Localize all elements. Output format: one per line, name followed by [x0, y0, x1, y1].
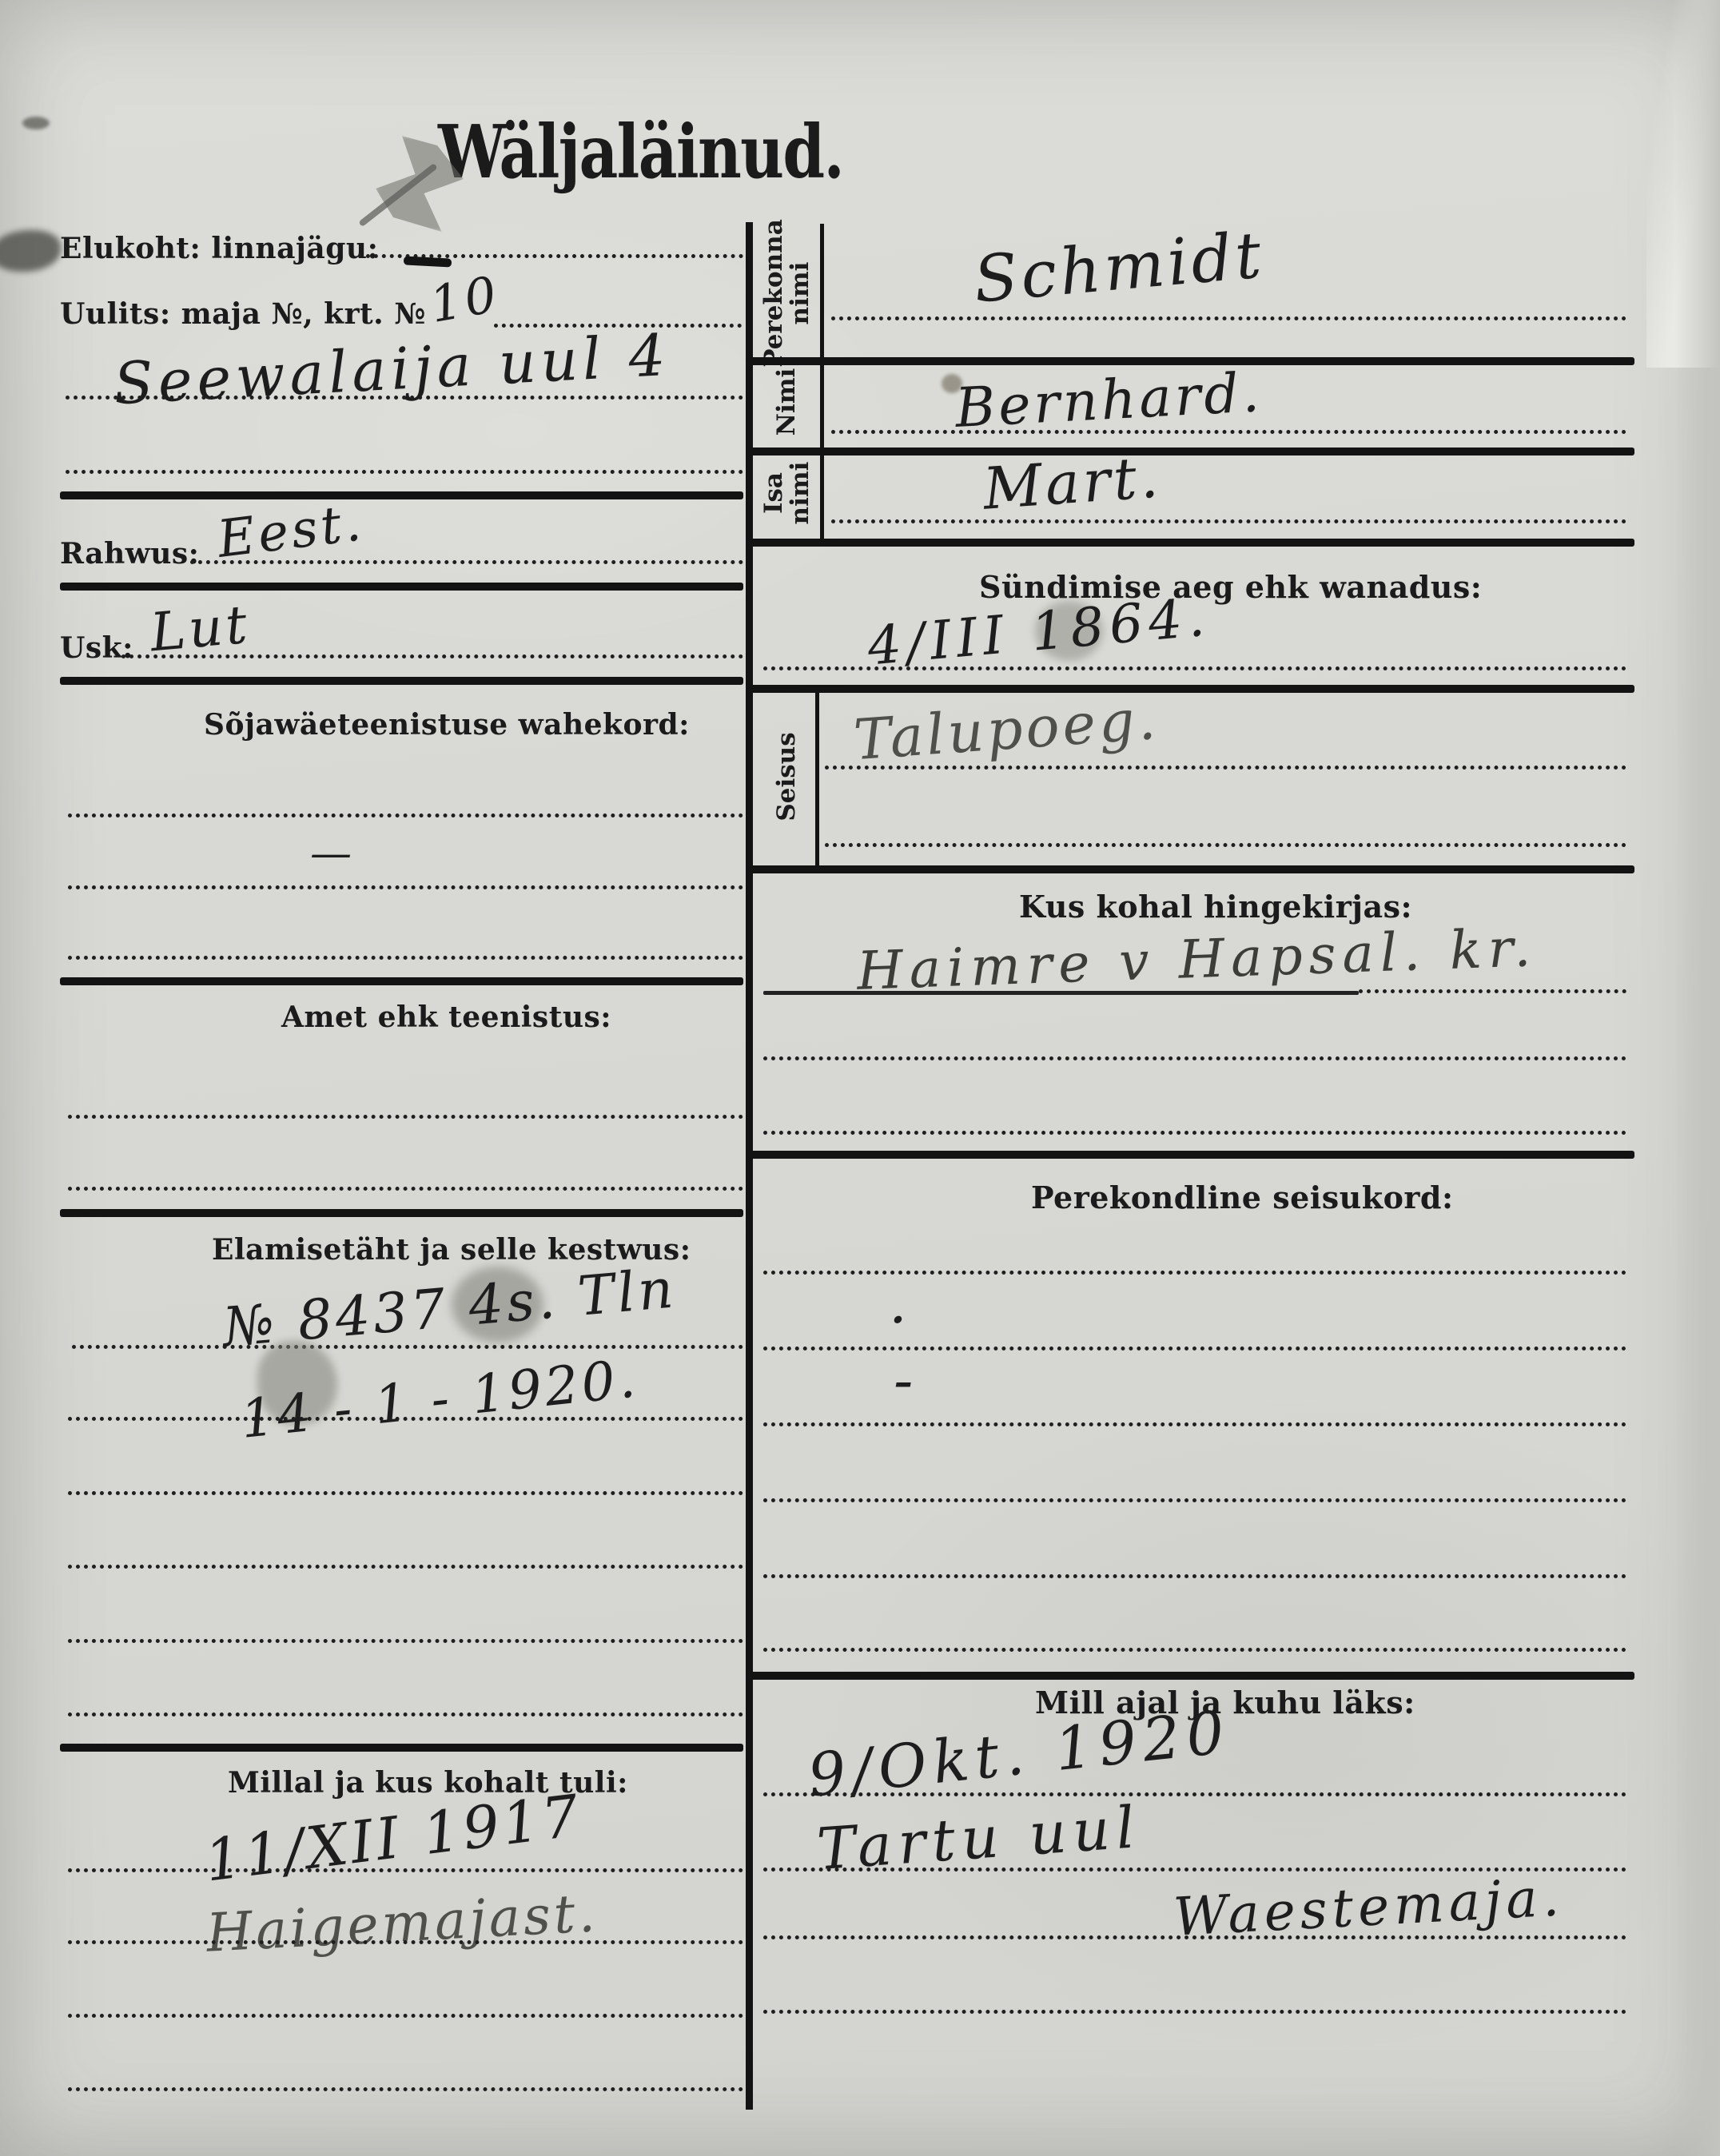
permit-entry-line2: 14 - 1 - 1920. — [237, 1347, 641, 1450]
dotted-line — [66, 470, 743, 474]
arrival-place-entry: Haigemajast. — [205, 1882, 599, 1964]
dotted-line — [68, 813, 743, 817]
dotted-line — [763, 1131, 1626, 1135]
nationality-label: Rahwus: — [60, 537, 199, 571]
dotted-line — [68, 956, 743, 960]
dotted-line — [763, 2010, 1626, 2014]
dotted-line — [68, 1187, 743, 1191]
rule-line — [746, 539, 1634, 547]
ink-blot-left-edge — [0, 230, 61, 272]
label-column-border — [815, 691, 819, 865]
scanned-form-page: Wäljaläinud. Elukoht: linnajägu: Uulits:… — [0, 0, 1720, 2156]
column-divider — [746, 222, 753, 2110]
dotted-line — [190, 560, 743, 564]
dotted-line — [825, 843, 1626, 847]
social-status-entry: Talupoeg. — [852, 686, 1161, 773]
rule-line — [60, 1744, 743, 1752]
street-entry: Seewalaija uul 4 — [112, 321, 671, 417]
dotted-line — [831, 430, 1626, 434]
dotted-line — [68, 1712, 743, 1716]
rule-line — [60, 583, 743, 591]
dotted-line — [831, 519, 1626, 523]
dotted-line — [68, 2014, 743, 2018]
dotted-line — [763, 1935, 1626, 1939]
dotted-line — [121, 654, 743, 658]
dotted-line — [68, 1639, 743, 1643]
first-name-entry: Bernhard. — [954, 361, 1264, 440]
dotted-line — [68, 2087, 743, 2091]
family-status-mark-dash: - — [894, 1347, 916, 1414]
dotted-line — [831, 316, 1626, 320]
dotted-line — [68, 1417, 743, 1421]
dotted-line — [68, 1868, 743, 1872]
rule-line — [746, 865, 1634, 873]
rule-line — [746, 1672, 1634, 1680]
dotted-line — [72, 1345, 743, 1349]
apartment-number-entry: 10 — [425, 265, 504, 334]
dotted-line — [66, 396, 743, 400]
rule-line — [746, 357, 1634, 365]
dotted-line — [68, 1491, 743, 1495]
surname-entry: Schmidt — [971, 217, 1268, 316]
surname-label: Perekonna nimi — [751, 221, 823, 365]
family-status-label: Perekondline seisukord: — [1031, 1179, 1454, 1215]
rule-line — [60, 977, 743, 985]
dotted-line — [68, 1940, 743, 1944]
dotted-line — [763, 666, 1626, 670]
dotted-line — [1359, 989, 1626, 993]
speck-top-left — [22, 117, 50, 129]
pencil-stroke — [358, 163, 437, 227]
rule-line — [746, 1151, 1634, 1159]
rule-line — [746, 685, 1634, 693]
rule-line — [60, 1209, 743, 1217]
dotted-line — [763, 1422, 1626, 1426]
solid-underline — [763, 991, 1359, 995]
dotted-line — [68, 1565, 743, 1569]
father-name-label: Isa nimi — [759, 429, 815, 557]
rule-line — [746, 448, 1634, 455]
military-entry: — — [310, 829, 355, 877]
right-edge-shade — [1675, 0, 1720, 2156]
social-status-label: Seisus — [763, 713, 811, 841]
military-service-label: Sõjawäeteenistuse wahekord: — [204, 708, 690, 742]
dotted-line — [68, 885, 743, 889]
religion-label: Usk: — [60, 631, 133, 665]
form-title: Wäljaläinud. — [438, 109, 843, 195]
dotted-line — [825, 766, 1626, 770]
family-status-mark-dot: . — [889, 1269, 910, 1336]
parish-register-label: Kus kohal hingekirjas: — [1019, 889, 1412, 925]
dotted-line — [68, 1115, 743, 1119]
dotted-line — [763, 1498, 1626, 1502]
rule-line — [60, 677, 743, 685]
rule-line — [60, 491, 743, 499]
religion-entry: Lut — [148, 594, 253, 664]
dotted-line — [763, 1347, 1626, 1350]
occupation-label: Amet ehk teenistus: — [281, 1000, 611, 1034]
dotted-line — [763, 1648, 1626, 1652]
dotted-line — [358, 254, 743, 258]
dotted-line — [763, 1056, 1626, 1060]
nationality-entry: Eest. — [214, 493, 367, 570]
dotted-line — [763, 1574, 1626, 1578]
residence-label: Elukoht: linnajägu: — [60, 232, 378, 265]
street-label: Uulits: maja №, krt. № — [60, 297, 426, 331]
torn-edge-highlight — [1646, 0, 1720, 368]
dotted-line — [763, 1792, 1626, 1796]
father-name-entry: Mart. — [981, 443, 1163, 522]
